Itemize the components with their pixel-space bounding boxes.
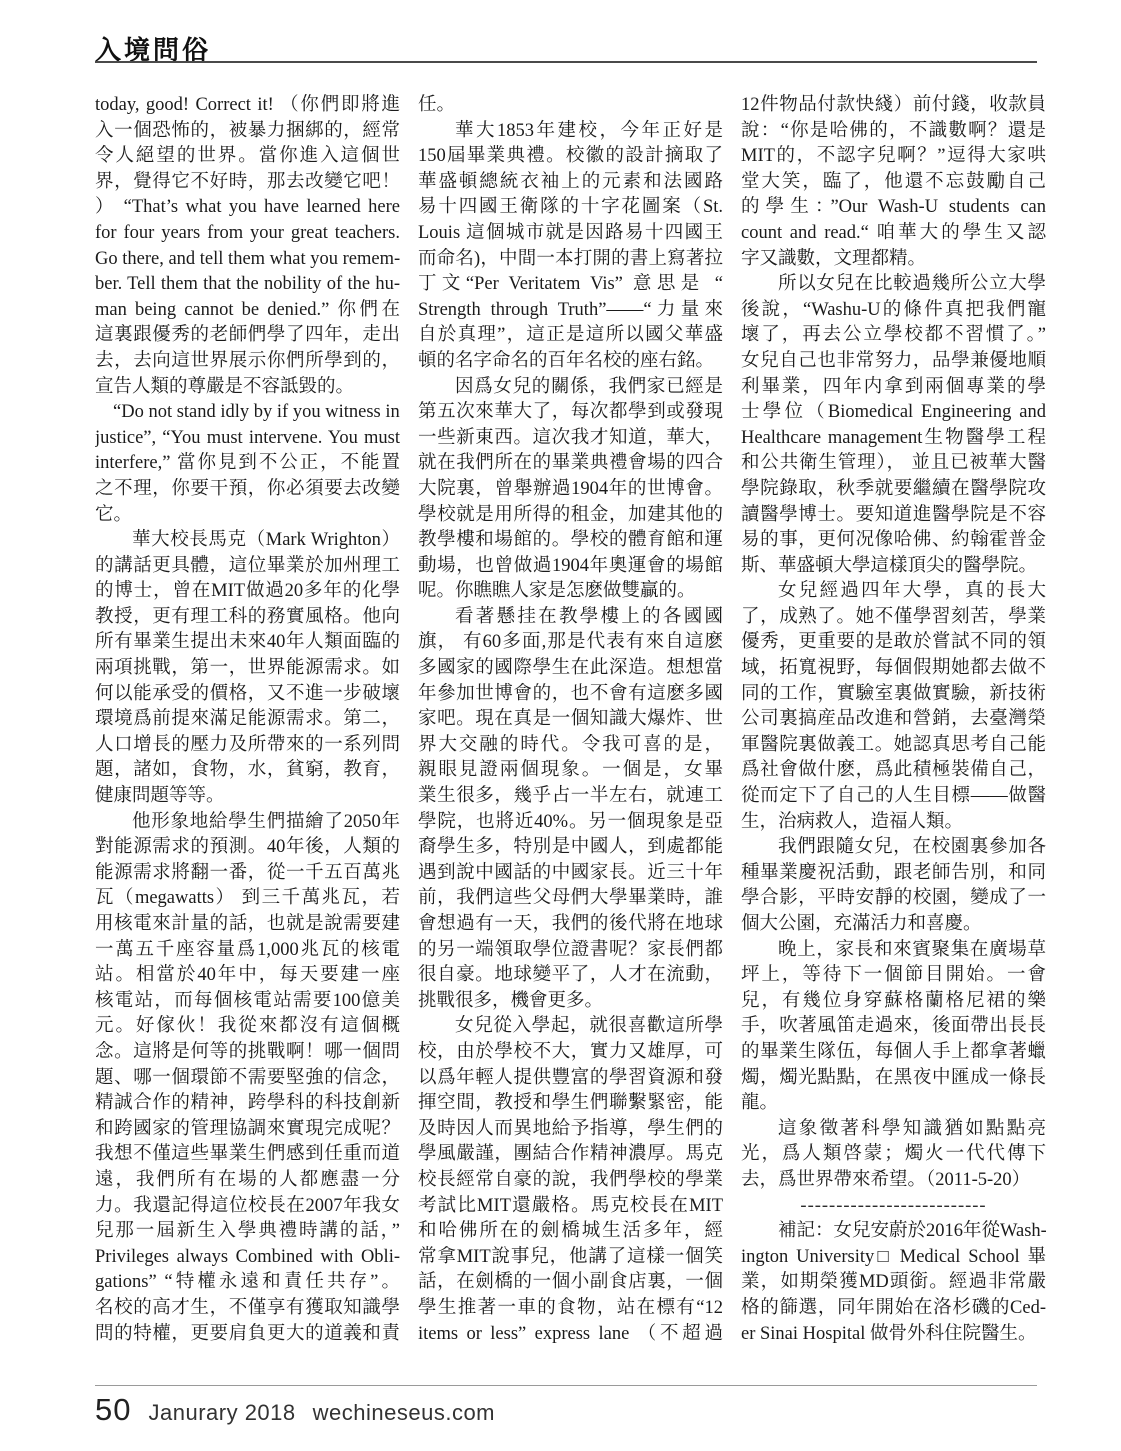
text-line: 的學生：”Our Wash-U students can [741, 195, 1046, 221]
text-line: 的博士，曾在MIT做過20多年的化學 [95, 579, 400, 605]
text-line: 易十四國王衛隊的十字花圖案（St. [418, 195, 723, 221]
text-line: 學院，也將近40%。另一個現象是亞 [418, 810, 723, 836]
text-line: 念。這將是何等的挑戰啊！哪一個問 [95, 1040, 400, 1066]
text-line: 利畢業，四年内拿到兩個專業的學 [741, 375, 1046, 401]
text-line: 壞了，再去公立學校都不習慣了。” [741, 323, 1046, 349]
text-line: 光，爲人類啓蒙；燭火一代代傳下 [741, 1142, 1046, 1168]
text-line: 斯、華盛頓大學這樣頂尖的醫學院。 [741, 554, 1046, 580]
text-line: 晚上，家長和來賓聚集在廣場草 [741, 938, 1046, 964]
text-line: 一些新東西。這次我才知道，華大， [418, 426, 723, 452]
text-line: 呢。你瞧瞧人家是怎麽做雙贏的。 [418, 579, 723, 605]
text-line: 及時因人而異地給予指導，學生們的 [418, 1117, 723, 1143]
text-line: 題、哪一個環節不需要堅強的信念， [95, 1066, 400, 1092]
text-line: 家吧。現在真是一個知識大爆炸、世 [418, 707, 723, 733]
text-line: 問的特權，更要肩負更大的道義和責 [95, 1322, 400, 1348]
article-columns: today, good! Correct it! （你們即將進入一個恐怖的，被暴… [95, 93, 1046, 1347]
text-line: 域，拓寬視野，每個假期她都去做不 [741, 656, 1046, 682]
text-line: justice”, “You must intervene. You must [95, 426, 400, 452]
text-line: 格的篩選，同年開始在洛杉磯的Ced- [741, 1296, 1046, 1322]
text-line: 題，諸如，食物，水，貧窮，教育， [95, 758, 400, 784]
page-footer: 50 Janurary 2018 wechineseus.com [95, 1392, 495, 1428]
text-line: 12件物品付款快綫）前付錢，收款員 [741, 93, 1046, 119]
text-line: today, good! Correct it! （你們即將進 [95, 93, 400, 119]
text-line: ） “That’s what you have learned here [95, 195, 400, 221]
text-line: 宣告人類的尊嚴是不容詆毀的。 [95, 375, 400, 401]
text-line: 我們跟隨女兒，在校園裏參加各 [741, 835, 1046, 861]
text-line: 很自豪。地球變平了，人才在流動， [418, 963, 723, 989]
text-line: Louis 這個城市就是因路易十四國王 [418, 221, 723, 247]
page-number: 50 [95, 1392, 131, 1428]
text-line: 這裏跟優秀的老師們學了四年，走出 [95, 323, 400, 349]
text-line: 華大校長馬克（Mark Wrighton） [95, 528, 400, 554]
text-line: 名校的高才生，不僅享有獲取知識學 [95, 1296, 400, 1322]
text-line: 頓的名字命名的百年名校的座右銘。 [418, 349, 723, 375]
text-line: 校，由於學校不大，實力又雄厚，可 [418, 1040, 723, 1066]
text-line: 它。 [95, 503, 400, 529]
text-line: 從而定下了自己的人生目標——做醫 [741, 784, 1046, 810]
text-line: 就在我們所在的畢業典禮會場的四合 [418, 451, 723, 477]
text-line: 字又識數，文理都精。 [741, 247, 1046, 273]
text-line: 會想過有一天，我們的後代將在地球 [418, 912, 723, 938]
text-line: 150屆畢業典禮。校徽的設計摘取了 [418, 144, 723, 170]
text-line: 旗， 有60多面,那是代表有來自這麽 [418, 630, 723, 656]
text-line: 我想不僅這些畢業生們感到任重而道 [95, 1142, 400, 1168]
text-line: 補記：女兒安蔚於2016年從Wash- [741, 1219, 1046, 1245]
text-line: 說：“你是哈佛的，不識數啊？還是 [741, 119, 1046, 145]
text-line: 親眼見證兩個現象。一個是，女畢 [418, 758, 723, 784]
text-line: 他形象地給學生們描繪了2050年 [95, 810, 400, 836]
text-line: 堂大笑，臨了，他還不忘鼓勵自己 [741, 170, 1046, 196]
text-line: Healthcare management生物醫學工程 [741, 426, 1046, 452]
text-line: 看著懸挂在教學樓上的各國國 [418, 605, 723, 631]
text-line: 能源需求將翻一番，從一千五百萬兆 [95, 861, 400, 887]
text-line: 對能源需求的預測。40年後，人類的 [95, 835, 400, 861]
text-line: 學院錄取，秋季就要繼續在醫學院攻 [741, 477, 1046, 503]
text-line: 業，如期榮獲MD頭銜。經過非常嚴 [741, 1270, 1046, 1296]
text-line: 裔學生多，特別是中國人，到處都能 [418, 835, 723, 861]
text-line: 動場，也曾做過1904年奧運會的場館 [418, 554, 723, 580]
text-line: 入一個恐怖的，被暴力捆綁的，經常 [95, 119, 400, 145]
text-line: 同的工作，實驗室裏做實驗，新技術 [741, 682, 1046, 708]
text-line: 女兒經過四年大學，真的長大 [741, 579, 1046, 605]
text-line: 去，爲世界帶來希望。（2011-5-20） [741, 1168, 1046, 1194]
text-line: 所以女兒在比較過幾所公立大學 [741, 272, 1046, 298]
text-line: 一萬五千座容量爲1,000兆瓦的核電 [95, 938, 400, 964]
text-line: 業生很多，幾乎占一半左右，就連工 [418, 784, 723, 810]
text-line: 讀醫學博士。要知道進醫學院是不容 [741, 503, 1046, 529]
text-line: 前，我們這些父母們大學畢業時，誰 [418, 886, 723, 912]
text-line: 兩項挑戰，第一，世界能源需求。如 [95, 656, 400, 682]
text-line: 站。相當於40年中，每天要建一座 [95, 963, 400, 989]
text-line: gations” “特權永遠和責任共存”。 [95, 1270, 400, 1296]
text-line: 挑戰很多，機會更多。 [418, 989, 723, 1015]
text-line: 學校就是用所得的租金，加建其他的 [418, 503, 723, 529]
text-line: 女兒從入學起，就很喜歡這所學 [418, 1014, 723, 1040]
text-line: 人口增長的壓力及所帶來的一系列問 [95, 733, 400, 759]
text-line: 後說，“Washu-U的條件真把我們寵 [741, 298, 1046, 324]
footer-date: Janurary 2018 [148, 1400, 295, 1426]
text-line: 手，吹著風笛走過來，後面帶出長長 [741, 1014, 1046, 1040]
text-line: 所有畢業生提出未來40年人類面臨的 [95, 630, 400, 656]
text-line: 教授，更有理工科的務實風格。他向 [95, 605, 400, 631]
text-line: 大院裏，曾舉辦過1904年的世博會。 [418, 477, 723, 503]
text-line: 何以能承受的價格，又不進一步破壞 [95, 682, 400, 708]
footer-rule [95, 1385, 1037, 1386]
text-line: Privileges always Combined with Obli- [95, 1245, 400, 1271]
text-line: 去，去向這世界展示你們所學到的， [95, 349, 400, 375]
separator-line: -------------------------- [741, 1194, 1046, 1220]
text-line: 和公共衛生管理）， 並且已被華大醫 [741, 451, 1046, 477]
text-line: 健康問題等等。 [95, 784, 400, 810]
text-line: ber. Tell them that the nobility of the … [95, 272, 400, 298]
text-line: items or less” express lane （不超過 [418, 1322, 723, 1348]
text-line: 燭，燭光點點，在黑夜中匯成一條長 [741, 1066, 1046, 1092]
text-line: 任。 [418, 93, 723, 119]
text-line: 考試比MIT還嚴格。馬克校長在MIT [418, 1194, 723, 1220]
text-line: 華大1853年建校，今年正好是 [418, 119, 723, 145]
text-line: count and read.“ 咱華大的學生又認 [741, 221, 1046, 247]
text-line: for four years from your great teachers. [95, 221, 400, 247]
text-line: 兒，有幾位身穿蘇格蘭格尼裙的樂 [741, 989, 1046, 1015]
text-line: 士學位（Biomedical Engineering and [741, 400, 1046, 426]
text-line: Go there, and tell them what you remem- [95, 247, 400, 273]
text-line: interfere,” 當你見到不公正，不能置 [95, 451, 400, 477]
text-line: 元。好傢伙！我從來都沒有這個概 [95, 1014, 400, 1040]
text-line: 兒那一屆新生入學典禮時講的話，” [95, 1219, 400, 1245]
text-line: 界大交融的時代。令我可喜的是， [418, 733, 723, 759]
text-line: 之不理，你要干預，你必須要去改變 [95, 477, 400, 503]
text-line: 的講話更具體，這位畢業於加州理工 [95, 554, 400, 580]
text-line: 令人絕望的世界。當你進入這個世 [95, 144, 400, 170]
text-line: 種畢業慶祝活動，跟老師告別，和同 [741, 861, 1046, 887]
text-line: 因爲女兒的關係，我們家已經是 [418, 375, 723, 401]
text-line: 以爲年輕人提供豐富的學習資源和發 [418, 1066, 723, 1092]
text-line: 坪上，等待下一個節目開始。一會 [741, 963, 1046, 989]
text-line: 常拿MIT說事兒，他講了這樣一個笑 [418, 1245, 723, 1271]
text-line: “Do not stand idly by if you witness in- [95, 400, 400, 426]
text-line: 和跨國家的管理協調來實現完成呢？ [95, 1117, 400, 1143]
text-line: ington University□ Medical School 畢 [741, 1245, 1046, 1271]
text-line: man being cannot be denied.” 你們在 [95, 298, 400, 324]
text-line: 丁文“Per Veritatem Vis” 意思是 “ [418, 272, 723, 298]
text-line: 優秀，更重要的是敢於嘗試不同的領 [741, 630, 1046, 656]
text-line: 龍。 [741, 1091, 1046, 1117]
footer-website: wechineseus.com [313, 1400, 495, 1426]
text-line: 力。我還記得這位校長在2007年我女 [95, 1194, 400, 1220]
article-column-1: today, good! Correct it! （你們即將進入一個恐怖的，被暴… [95, 93, 400, 1347]
text-line: 用核電來計量的話，也就是說需要建 [95, 912, 400, 938]
article-column-2: 任。華大1853年建校，今年正好是150屆畢業典禮。校徽的設計摘取了華盛頓總統衣… [418, 93, 723, 1347]
text-line: 教學樓和場館的。學校的體育館和運 [418, 528, 723, 554]
text-line: 瓦（megawatts） 到三千萬兆瓦，若 [95, 886, 400, 912]
article-column-3: 12件物品付款快綫）前付錢，收款員說：“你是哈佛的，不識數啊？還是MIT的，不認… [741, 93, 1046, 1347]
text-line: 了，成熟了。她不僅學習刻苦，學業 [741, 605, 1046, 631]
text-line: 爲社會做什麽，爲此積極裝備自己， [741, 758, 1046, 784]
text-line: 個大公園，充滿活力和喜慶。 [741, 912, 1046, 938]
text-line: er Sinai Hospital 做骨外科住院醫生。 [741, 1322, 1046, 1348]
text-line: 遠，我們所有在場的人都應盡一分 [95, 1168, 400, 1194]
text-line: 易的事，更何况像哈佛、約翰霍普金 [741, 528, 1046, 554]
text-line: 話，在劍橋的一個小副食店裏，一個 [418, 1270, 723, 1296]
text-line: 第五次來華大了，每次都學到或發現 [418, 400, 723, 426]
text-line: 界，覺得它不好時，那去改變它吧！ [95, 170, 400, 196]
text-line: 和哈佛所在的劍橋城生活多年，經 [418, 1219, 723, 1245]
text-line: 校長經常自豪的說，我們學校的學業 [418, 1168, 723, 1194]
text-line: MIT的，不認字兒啊？”逗得大家哄 [741, 144, 1046, 170]
text-line: 華盛頓總統衣袖上的元素和法國路 [418, 170, 723, 196]
text-line: 學合影，平時安靜的校園，變成了一 [741, 886, 1046, 912]
text-line: 揮空間，教授和學生們聯繫緊密，能 [418, 1091, 723, 1117]
text-line: 軍醫院裏做義工。她認真思考自己能 [741, 733, 1046, 759]
text-line: 環境爲前提來滿足能源需求。第二， [95, 707, 400, 733]
text-line: 學風嚴謹，團結合作精神濃厚。馬克 [418, 1142, 723, 1168]
text-line: 生，治病救人，造福人類。 [741, 810, 1046, 836]
text-line: 多國家的國際學生在此深造。想想當 [418, 656, 723, 682]
text-line: 的另一端領取學位證書呢？家長們都 [418, 938, 723, 964]
text-line: 年參加世博會的，也不會有這麽多國 [418, 682, 723, 708]
page-header: 入境問俗 [95, 30, 1037, 73]
text-line: 公司裏搞産品改進和營銷，去臺灣榮 [741, 707, 1046, 733]
text-line: 這象徵著科學知識猶如點點亮 [741, 1117, 1046, 1143]
text-line: 而命名)，中間一本打開的書上寫著拉 [418, 247, 723, 273]
text-line: 自於真理”，這正是這所以國父華盛 [418, 323, 723, 349]
text-line: Strength through Truth”——“力量來 [418, 298, 723, 324]
text-line: 的畢業生隊伍，每個人手上都拿著蠟 [741, 1040, 1046, 1066]
text-line: 遇到說中國話的中國家長。近三十年 [418, 861, 723, 887]
text-line: 核電站，而每個核電站需要100億美 [95, 989, 400, 1015]
text-line: 女兒自己也非常努力，品學兼優地順 [741, 349, 1046, 375]
text-line: 學生推著一車的食物，站在標有“12 [418, 1296, 723, 1322]
header-rule [95, 61, 1037, 63]
text-line: 精誠合作的精神，跨學科的科技創新 [95, 1091, 400, 1117]
